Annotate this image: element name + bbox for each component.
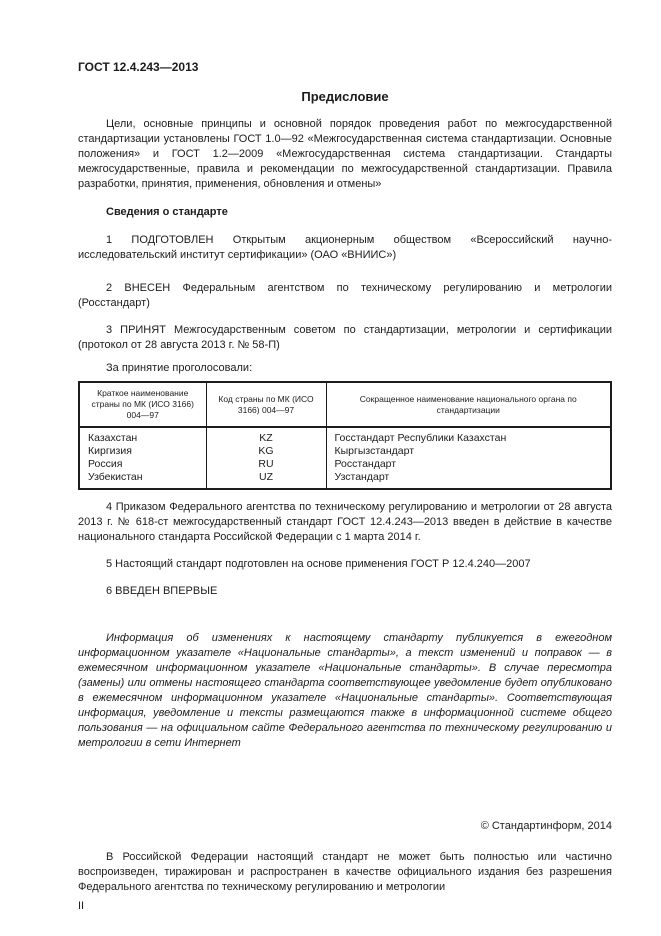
intro-paragraph: Цели, основные принципы и основной поряд… — [78, 117, 612, 192]
copyright-notice: © Стандартинформ, 2014 — [78, 819, 612, 834]
country-cell: Россия — [79, 458, 206, 471]
agency-cell: Госстандарт Республики Казахстан — [326, 427, 611, 445]
country-cell: Узбекистан — [79, 471, 206, 489]
amendments-notice: Информация об изменениях к настоящему ст… — [78, 631, 612, 751]
foreword-item-6: 6 ВВЕДЕН ВПЕРВЫЕ — [78, 584, 612, 599]
foreword-item-1: 1 ПОДГОТОВЛЕН Открытым акционерным общес… — [78, 233, 612, 263]
foreword-item-3: 3 ПРИНЯТ Межгосударственным советом по с… — [78, 323, 612, 353]
table-header-row: Краткое наименование страны по МК (ИСО 3… — [79, 382, 611, 427]
doc-number: ГОСТ 12.4.243—2013 — [78, 60, 612, 75]
agency-cell: Кыргызстандарт — [326, 445, 611, 458]
table-header-code: Код страны по МК (ИСО 3166) 004—97 — [206, 382, 326, 427]
agency-cell: Узстандарт — [326, 471, 611, 489]
page-title: Предисловие — [78, 89, 612, 105]
document-page: ГОСТ 12.4.243—2013 Предисловие Цели, осн… — [0, 0, 661, 936]
code-cell: KZ — [206, 427, 326, 445]
page-number: II — [78, 899, 612, 914]
foreword-item-2: 2 ВНЕСЕН Федеральным агентством по техни… — [78, 281, 612, 311]
foreword-item-5: 5 Настоящий стандарт подготовлен на осно… — [78, 557, 612, 572]
code-cell: KG — [206, 445, 326, 458]
table-header-country: Краткое наименование страны по МК (ИСО 3… — [79, 382, 206, 427]
country-cell: Киргизия — [79, 445, 206, 458]
table-header-agency: Сокращенное наименование национального о… — [326, 382, 611, 427]
country-cell: Казахстан — [79, 427, 206, 445]
code-cell: UZ — [206, 471, 326, 489]
table-row: Киргизия KG Кыргызстандарт — [79, 445, 611, 458]
standard-info-heading: Сведения о стандарте — [78, 205, 612, 220]
code-cell: RU — [206, 458, 326, 471]
table-row: Казахстан KZ Госстандарт Республики Каза… — [79, 427, 611, 445]
reproduction-restriction: В Российской Федерации настоящий стандар… — [78, 850, 612, 895]
table-row: Узбекистан UZ Узстандарт — [79, 471, 611, 489]
vote-heading: За принятие проголосовали: — [78, 361, 612, 376]
vote-table: Краткое наименование страны по МК (ИСО 3… — [78, 381, 612, 490]
foreword-item-4: 4 Приказом Федерального агентства по тех… — [78, 500, 612, 545]
table-row: Россия RU Росстандарт — [79, 458, 611, 471]
agency-cell: Росстандарт — [326, 458, 611, 471]
